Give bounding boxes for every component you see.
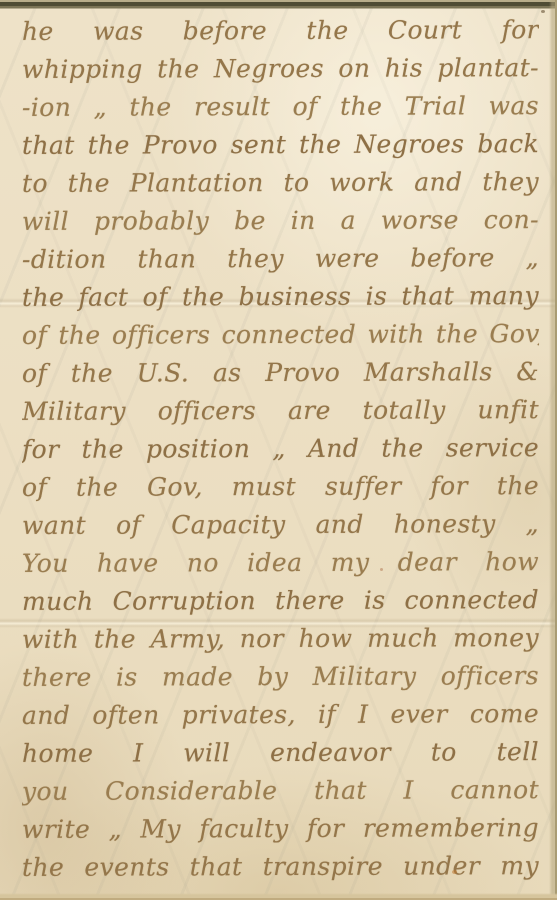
letter-line: of the Gov, must suffer for the [22, 467, 539, 507]
letter-line: -ion „ the result of the Trial was [22, 87, 539, 127]
letter-line: much Corruption there is connected [22, 581, 539, 621]
letter-line: write „ My faculty for remembering [22, 809, 539, 849]
letter-line: there is made by Military officers [22, 657, 539, 697]
paper-speck [452, 870, 457, 874]
letter-line: home I will endeavor to tell [22, 733, 539, 773]
letter-line: that the Provo sent the Negroes back [22, 125, 539, 165]
scan-backdrop-right-edge [549, 0, 557, 900]
letter-line: the events that transpire under my [22, 847, 539, 887]
letter-line: the fact of the business is that many [22, 277, 539, 317]
letter-line: he was before the Court for [22, 11, 539, 51]
letter-line: You have no idea my dear how [22, 543, 539, 583]
paper-speck [541, 10, 545, 13]
letter-line: to the Plantation to work and they [22, 163, 539, 203]
letter-line: -dition than they were before „ [22, 239, 539, 279]
letter-text: he was before the Court forwhipping the … [22, 12, 539, 886]
scan-backdrop-top-edge [0, 0, 557, 9]
letter-line: of the officers connected with the Gov, [22, 315, 539, 355]
letter-line: with the Army, nor how much money [22, 619, 539, 659]
letter-line: for the position „ And the service [22, 429, 539, 469]
letter-line: and often privates, if I ever come [22, 695, 539, 735]
letter-line: of the U.S. as Provo Marshalls & [22, 353, 539, 393]
letter-line: Military officers are totally unfit [22, 391, 539, 431]
letter-line: whipping the Negroes on his plantat- [22, 49, 539, 89]
paper-bottom-edge-shadow [0, 893, 557, 900]
letter-scan: he was before the Court forwhipping the … [0, 0, 557, 900]
letter-line: you Considerable that I cannot [22, 771, 539, 811]
letter-line: will probably be in a worse con- [22, 201, 539, 241]
letter-line: want of Capacity and honesty „ [22, 505, 539, 545]
paper-speck [380, 568, 383, 571]
